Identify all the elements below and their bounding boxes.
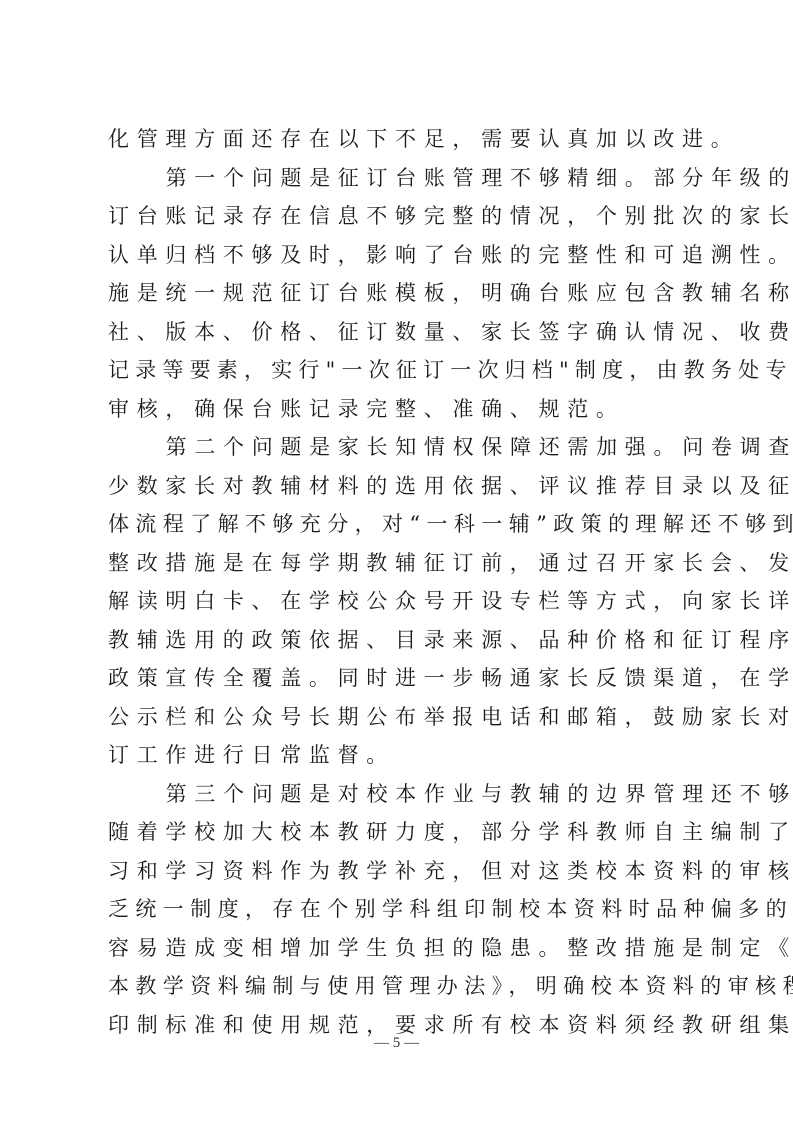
text-line: 政策宣传全覆盖。同时进一步畅通家长反馈渠道，在学校门口 bbox=[108, 659, 698, 698]
document-page: 化管理方面还存在以下不足，需要认真加以改进。 第一个问题是征订台账管理不够精细。… bbox=[0, 0, 793, 1122]
text-line: 化管理方面还存在以下不足，需要认真加以改进。 bbox=[108, 120, 698, 159]
text-line: 随着学校加大校本教研力度，部分学科教师自主编制了校本练 bbox=[108, 813, 698, 852]
body-text: 化管理方面还存在以下不足，需要认真加以改进。 第一个问题是征订台账管理不够精细。… bbox=[108, 120, 698, 1044]
paragraph-first-line: 第一个问题是征订台账管理不够精细。部分年级的教辅征 bbox=[108, 159, 698, 198]
text-line: 乏统一制度，存在个别学科组印制校本资料时品种偏多的情况， bbox=[108, 890, 698, 929]
text-line: 订工作进行日常监督。 bbox=[108, 736, 698, 775]
text-line: 习和学习资料作为教学补充，但对这类校本资料的审核管理缺 bbox=[108, 852, 698, 891]
text-line: 记录等要素，实行"一次征订一次归档"制度，由教务处专人负责 bbox=[108, 351, 698, 390]
text-line: 解读明白卡、在学校公众号开设专栏等方式，向家长详细说明 bbox=[108, 582, 698, 621]
text-line: 体流程了解不够充分，对“一科一辅”政策的理解还不够到位。 bbox=[108, 505, 698, 544]
text-line: 订台账记录存在信息不够完整的情况，个别批次的家长签字确 bbox=[108, 197, 698, 236]
text-line: 认单归档不够及时，影响了台账的完整性和可追溯性。整改措 bbox=[108, 236, 698, 275]
text-line: 社、版本、价格、征订数量、家长签字确认情况、收费与上缴 bbox=[108, 313, 698, 352]
text-line: 整改措施是在每学期教辅征订前，通过召开家长会、发放政策 bbox=[108, 544, 698, 583]
text-line: 教辅选用的政策依据、目录来源、品种价格和征订程序，做到 bbox=[108, 621, 698, 660]
text-line: 容易造成变相增加学生负担的隐患。整改措施是制定《学校校 bbox=[108, 929, 698, 968]
text-line: 施是统一规范征订台账模板，明确台账应包含教辅名称、出版 bbox=[108, 274, 698, 313]
text-line: 公示栏和公众号长期公布举报电话和邮箱，鼓励家长对教辅征 bbox=[108, 698, 698, 737]
text-line: 少数家长对教辅材料的选用依据、评议推荐目录以及征订的具 bbox=[108, 467, 698, 506]
paragraph-first-line: 第三个问题是对校本作业与教辅的边界管理还不够清晰。 bbox=[108, 775, 698, 814]
text-line: 审核，确保台账记录完整、准确、规范。 bbox=[108, 390, 698, 429]
paragraph-first-line: 第二个问题是家长知情权保障还需加强。问卷调查反映， bbox=[108, 428, 698, 467]
text-line: 本教学资料编制与使用管理办法》，明确校本资料的审核程序、 bbox=[108, 967, 698, 1006]
page-number: — 5 — bbox=[0, 1035, 793, 1052]
